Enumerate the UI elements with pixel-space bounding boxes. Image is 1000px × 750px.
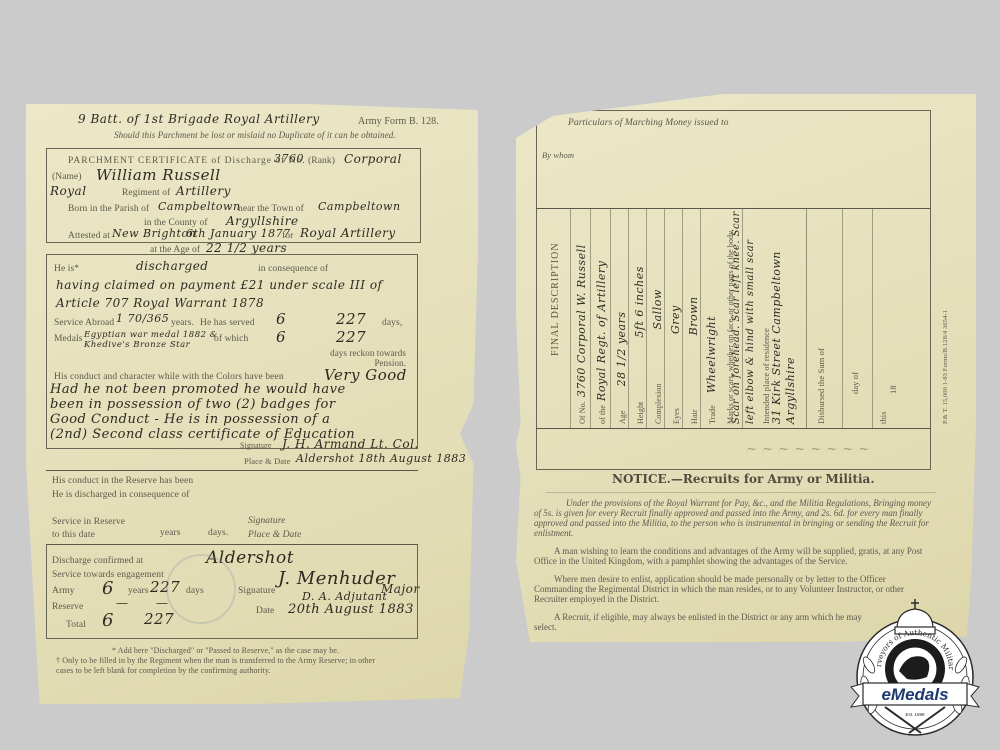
marks-scars-value: Scar on forehead. Scar left knee. Scar l… <box>730 204 758 424</box>
disbursed-label: Disbursed the Sum of <box>816 348 826 424</box>
field-label: Age <box>618 410 627 424</box>
reserve-discharge-label: He is discharged in consequence of <box>52 490 190 500</box>
footnote: cases to be left blank for completion by… <box>56 666 271 675</box>
field-label: Of No. <box>578 401 587 424</box>
divider <box>546 492 936 493</box>
field-label: Height <box>636 402 645 424</box>
field-value: 28 1/2 years <box>615 311 628 386</box>
field-value: Grey <box>669 305 682 334</box>
he-is-label: He is* <box>54 264 79 274</box>
conduct-remark-line: Had he not been promoted he would have <box>50 382 346 397</box>
service-abroad-label: Service Abroad <box>54 318 114 328</box>
pension-years: 6 <box>276 328 286 346</box>
bleed-through-text: ~ ~ ~ ~ ~ ~ ~ ~ <box>746 442 870 457</box>
age-value: 22 1/2 years <box>206 241 287 255</box>
discharge-certificate-front: 9 Batt. of 1st Brigade Royal Artillery A… <box>26 104 478 704</box>
soldier-name: William Russell <box>96 166 221 184</box>
place-date-value: Aldershot 18th August 1883 <box>296 452 466 465</box>
conduct-remark-line: Good Conduct - He is in possession of a <box>50 412 330 427</box>
duplicate-notice: Should this Parchment be lost or mislaid… <box>114 130 396 140</box>
column-rule <box>570 208 571 428</box>
certificate-title: PARCHMENT CERTIFICATE of Discharge of No… <box>68 156 306 166</box>
description-field: Of No. 3760 Corporal W. Russell <box>572 244 590 424</box>
signature-label: Signature <box>240 441 272 450</box>
footnote: † Only to be filled in by the Regiment w… <box>56 656 375 665</box>
marching-money-label: Particulars of Marching Money issued to <box>568 118 729 128</box>
served-label: He has served <box>200 318 255 328</box>
regimental-number: 3760 <box>274 152 304 165</box>
born-parish-label: Born in the Parish of <box>68 204 149 214</box>
field-value: Wheelwright <box>705 316 718 393</box>
service-reserve-years-label: years <box>160 528 181 538</box>
town-label: near the Town of <box>238 204 304 214</box>
attested-date: 6th January 1877 <box>186 227 291 240</box>
divider <box>46 470 418 471</box>
column-rule <box>872 208 873 428</box>
service-reserve-label: Service in Reserve to this date <box>52 516 132 542</box>
form-number: Army Form B. 128. <box>358 116 439 127</box>
field-value: Sallow <box>651 289 664 329</box>
description-field: Scar on forehead. Scar left knee. Scar l… <box>730 214 758 424</box>
notice-title: NOTICE.—Recruits for Army or Militia. <box>612 472 875 486</box>
pension-days: 227 <box>336 328 366 346</box>
field-label: of the <box>598 405 607 424</box>
notice-paragraph: A Recruit, if eligible, may always be en… <box>534 612 864 632</box>
description-field: Complexion Sallow <box>648 289 666 424</box>
service-reserve-days-label: days. <box>208 528 228 538</box>
column-rule <box>806 208 807 428</box>
column-rule <box>590 208 591 428</box>
commanding-officer-signature: J. H. Armand Lt. Col. <box>282 437 419 451</box>
this-label: this <box>878 411 888 424</box>
attested-place: New Brighton <box>112 227 196 240</box>
by-whom-label: By whom <box>542 150 574 160</box>
consequence-label: in consequence of <box>258 264 328 274</box>
final-description-label: FINAL DESCRIPTION <box>550 242 561 356</box>
reserve-conduct-label: His conduct in the Reserve has been <box>52 476 193 486</box>
served-years: 6 <box>276 310 286 328</box>
divider <box>536 428 931 429</box>
attested-label: Attested at <box>68 231 110 241</box>
emedals-watermark-logo: Purveyors of Authentic Militaria eMedals… <box>845 595 985 740</box>
confirmation-box <box>46 544 418 639</box>
field-value: 3760 Corporal W. Russell <box>575 244 588 397</box>
brand-name: eMedals <box>881 685 948 704</box>
born-parish-value: Campbeltown <box>158 200 241 213</box>
attested-for-label: for <box>282 231 293 241</box>
footnote: * Add here "Discharged" or "Passed to Re… <box>112 646 339 655</box>
days-label: days, <box>382 318 402 328</box>
county-value: Argyllshire <box>226 214 299 228</box>
discharge-status: discharged <box>136 259 208 273</box>
of-which-label: of which <box>214 334 248 344</box>
field-label: Eyes <box>672 408 681 424</box>
description-field: Trade Wheelwright <box>702 316 720 424</box>
description-field: Hair Brown <box>684 296 702 424</box>
reserve-place-date-label: Place & Date <box>248 530 301 540</box>
discharge-certificate-back: Particulars of Marching Money issued to … <box>516 94 976 642</box>
description-field: 31 Kirk Street Campbeltown Argyllshire <box>770 204 798 424</box>
description-field: of the Royal Regt. of Artillery <box>592 261 610 424</box>
regiment-prefix: Royal <box>50 184 87 198</box>
printer-code: P.& T. 15,000 1-83 Forms/B.128/4 3654-1 <box>942 310 949 424</box>
description-field: Height 5ft 6 inches <box>630 266 648 424</box>
day-of-label: day of <box>850 372 860 394</box>
residence-value: 31 Kirk Street Campbeltown Argyllshire <box>770 204 798 424</box>
emedals-crest-icon: Purveyors of Authentic Militaria eMedals… <box>845 595 985 740</box>
field-label: Hair <box>690 409 699 424</box>
regiment-label: Regiment of <box>122 188 170 198</box>
notice-paragraph: Under the provisions of the Royal Warran… <box>534 498 934 538</box>
served-days: 227 <box>336 310 366 328</box>
established-text: Est. 1998 <box>905 712 925 717</box>
field-value: Brown <box>687 296 700 335</box>
medals-label: Medals <box>54 334 83 344</box>
field-label: Trade <box>708 405 717 424</box>
column-rule <box>842 208 843 428</box>
attested-for-value: Royal Artillery <box>300 226 396 240</box>
regiment-value: Artillery <box>176 184 231 198</box>
rank-label: (Rank) <box>308 156 335 166</box>
conduct-label: His conduct and character while with the… <box>54 372 284 382</box>
description-field: Age 28 1/2 years <box>612 311 630 424</box>
discharge-reason: having claimed on payment £21 under scal… <box>56 276 406 312</box>
pension-label: days reckon towards Pension. <box>326 348 406 368</box>
years-label: years. <box>171 318 194 328</box>
rank-value: Corporal <box>344 152 402 166</box>
conduct-remark-line: been in possession of two (2) badges for <box>50 397 336 412</box>
town-value: Campbeltown <box>318 200 401 213</box>
description-field: Eyes Grey <box>666 305 684 424</box>
battery-header-handwritten: 9 Batt. of 1st Brigade Royal Artillery <box>78 112 320 126</box>
column-rule <box>610 208 611 428</box>
notice-paragraph: A man wishing to learn the conditions an… <box>534 546 934 566</box>
name-label: (Name) <box>52 172 82 182</box>
field-label: Complexion <box>654 383 663 424</box>
reserve-signature-label: Signature <box>248 516 286 526</box>
field-value: Royal Regt. of Artillery <box>595 261 608 401</box>
service-abroad-value: 1 70/365 <box>116 312 169 325</box>
place-date-label: Place & Date <box>244 456 291 466</box>
field-value: 5ft 6 inches <box>633 266 646 337</box>
year-label: 18 <box>888 385 898 394</box>
